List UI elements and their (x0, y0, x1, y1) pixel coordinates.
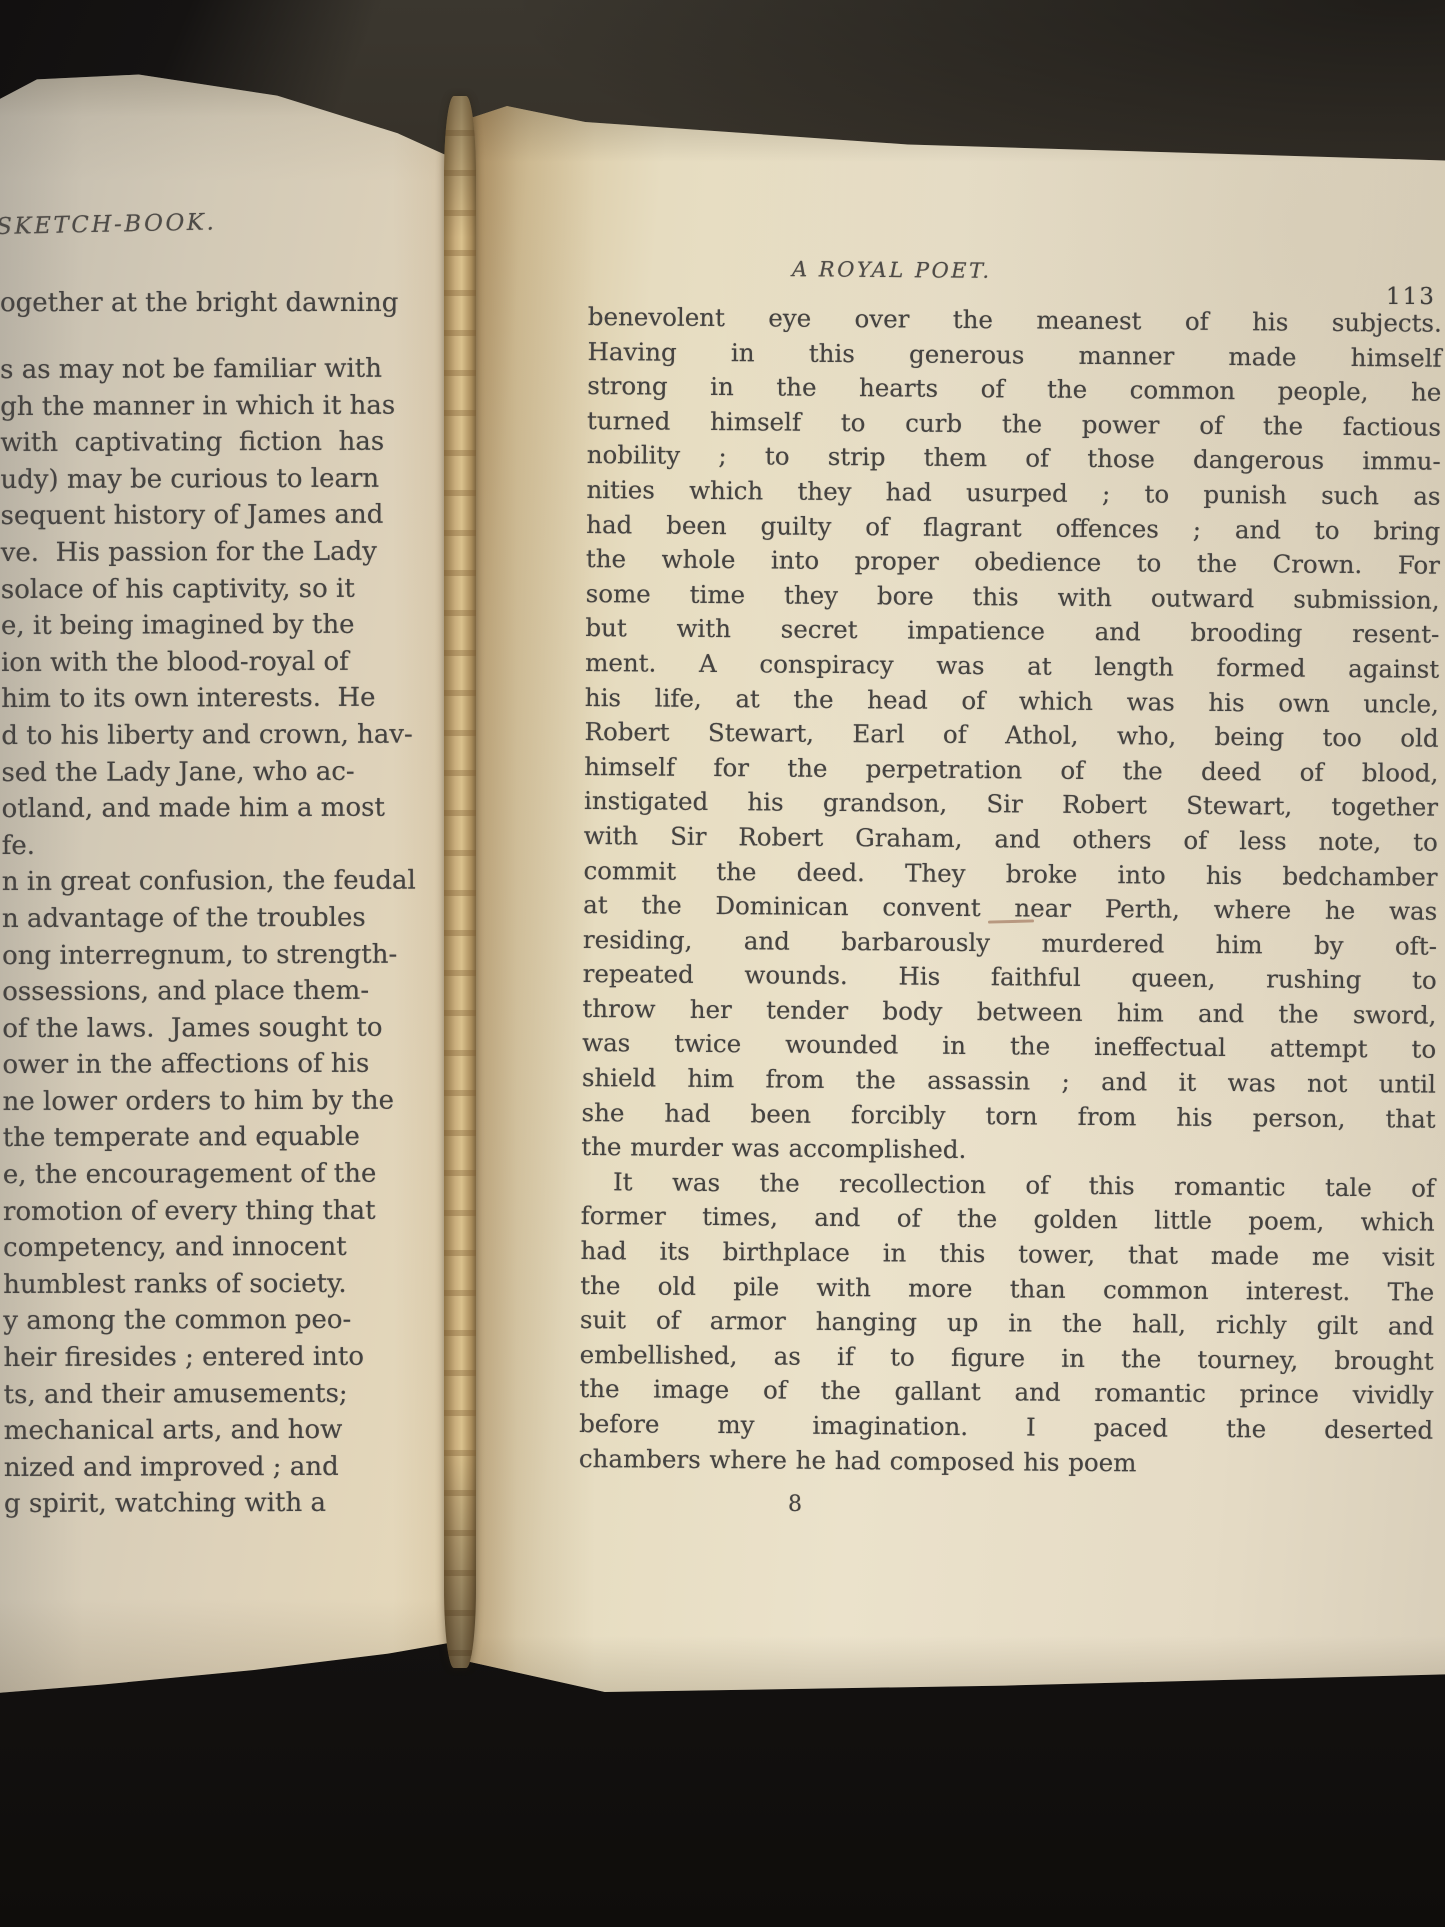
text-line: chambers where he had composed his poem (579, 1442, 1433, 1483)
signature-mark: 8 (788, 1492, 802, 1517)
text-line: n advantage of the troubles (2, 899, 448, 937)
text-line: with captivating fiction has (0, 424, 446, 462)
left-page-text: s as may not be familiar withgh the mann… (0, 350, 450, 1523)
right-page-running-head: A ROYAL POET. (792, 257, 992, 283)
text-line: ts, and their amusements; (4, 1375, 450, 1413)
text-line: mechanical arts, and how (4, 1412, 450, 1450)
text-line: ossessions, and place them- (2, 973, 448, 1011)
text-line: g spirit, watching with a (4, 1485, 450, 1523)
book-photo: SKETCH-BOOK. ogether at the bright dawni… (0, 0, 1445, 1927)
text-line: ne lower orders to him by the (3, 1082, 449, 1120)
left-page-opening-line: ogether at the bright dawning (0, 288, 398, 318)
text-line: ower in the affections of his (2, 1046, 448, 1084)
left-page-running-head: SKETCH-BOOK. (0, 209, 217, 240)
text-line: n in great confusion, the feudal (2, 863, 448, 901)
text-line: nized and improved ; and (4, 1448, 450, 1486)
text-line: otland, and made him a most (2, 790, 448, 828)
text-line: s as may not be familiar with (0, 350, 446, 388)
text-line: ve. His passion for the Lady (1, 533, 447, 571)
text-line: sequent history of James and (1, 497, 447, 535)
text-line: of the laws. James sought to (2, 1009, 448, 1047)
text-line: fe. (2, 826, 448, 864)
text-line: gh the manner in which it has (0, 387, 446, 425)
text-line: humblest ranks of society. (3, 1265, 449, 1303)
text-line: sed the Lady Jane, who ac- (1, 753, 447, 791)
text-line: him to its own interests. He (1, 680, 447, 718)
text-line: udy) may be curious to learn (0, 460, 446, 498)
text-line: heir firesides ; entered into (3, 1338, 449, 1376)
right-page-text: benevolent eye over the meanest of his s… (579, 300, 1442, 1483)
text-line: ong interregnum, to strength- (2, 936, 448, 974)
text-line: ion with the blood-royal of (1, 643, 447, 681)
text-line: competency, and innocent (3, 1229, 449, 1267)
text-line: y among the common peo- (3, 1302, 449, 1340)
text-line: romotion of every thing that (3, 1192, 449, 1230)
text-line: solace of his captivity, so it (1, 570, 447, 608)
text-line: e, the encouragement of the (3, 1156, 449, 1194)
text-line: the temperate and equable (3, 1119, 449, 1157)
text-line: e, it being imagined by the (1, 607, 447, 645)
text-line: d to his liberty and crown, hav- (1, 716, 447, 754)
